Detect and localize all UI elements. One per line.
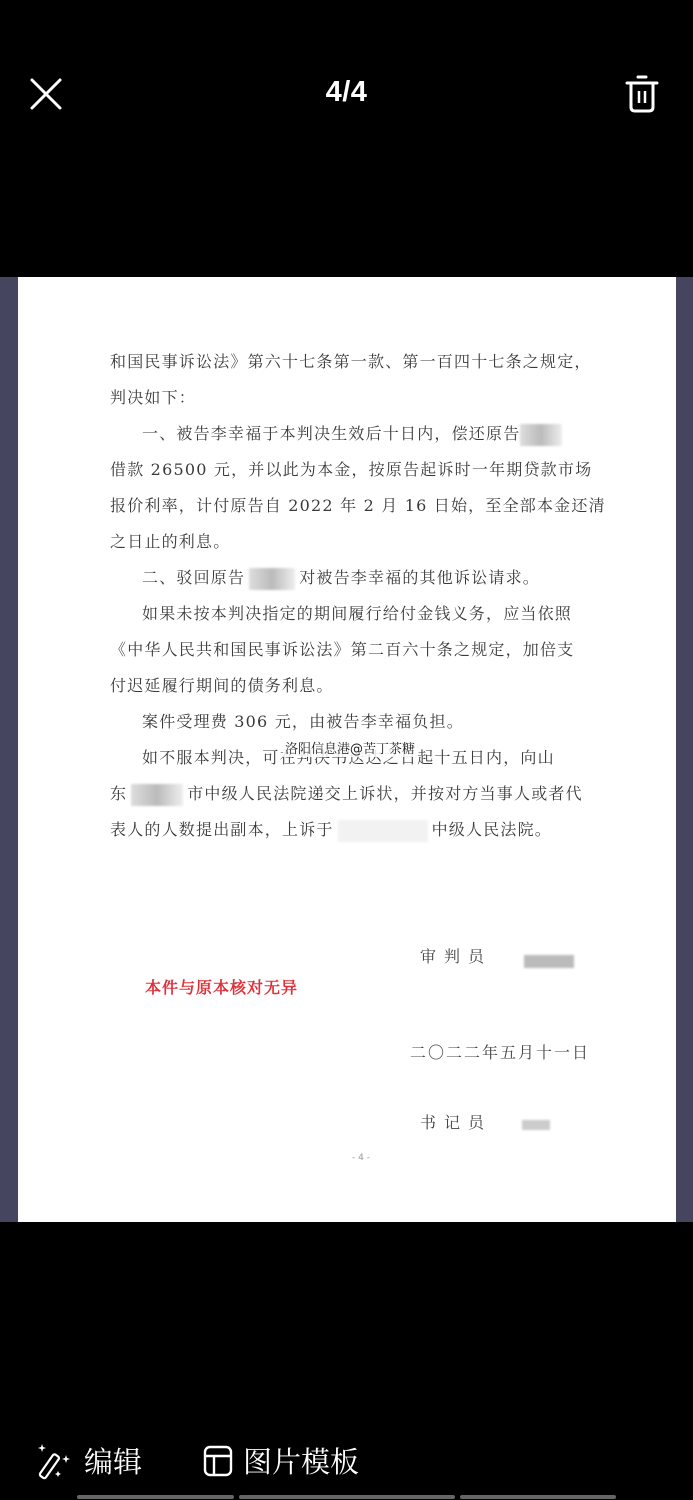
doc-line: 和国民事诉讼法》第六十七条第一款、第一百四十七条之规定， — [110, 347, 645, 383]
judge-label: 审判员 — [420, 944, 492, 967]
redacted-court — [338, 820, 428, 842]
image-viewer[interactable]: 和国民事诉讼法》第六十七条第一款、第一百四十七条之规定， 判决如下： 一、被告李… — [0, 277, 693, 1222]
certified-stamp: 本件与原本核对无异 — [145, 975, 298, 998]
redacted-name — [520, 424, 562, 446]
edit-label: 编辑 — [84, 1440, 142, 1481]
progress-segment — [77, 1495, 234, 1499]
doc-line: 表人的人数提出副本，上诉于中级人民法院。 — [110, 815, 645, 851]
template-label: 图片模板 — [243, 1440, 359, 1481]
doc-line: 报价利率，计付原告自 2022 年 2 月 16 日始，至全部本金还清 — [110, 491, 645, 527]
top-bar: 4/4 — [0, 0, 693, 277]
judgment-date: 二〇二二年五月十一日 — [410, 1040, 590, 1063]
progress-segment — [239, 1495, 455, 1499]
redacted-judge — [524, 955, 574, 968]
page-indicator: 4/4 — [0, 76, 693, 109]
doc-line: 之日止的利息。 — [110, 527, 645, 563]
doc-line: 二、驳回原告对被告李幸福的其他诉讼请求。 — [110, 563, 645, 599]
page-number: - 4 - — [352, 1153, 370, 1163]
template-layout-icon — [203, 1445, 233, 1477]
doc-line: 东市中级人民法院递交上诉状，并按对方当事人或者代 — [110, 779, 645, 815]
clerk-label: 书记员 — [420, 1110, 492, 1133]
doc-line: 付迟延履行期间的债务利息。 — [110, 671, 645, 707]
magic-wand-icon — [36, 1441, 74, 1481]
doc-line: 《中华人民共和国民事诉讼法》第二百六十条之规定，加倍支 — [110, 635, 645, 671]
progress-segment — [460, 1495, 616, 1499]
redacted-name — [249, 568, 295, 590]
doc-line: 判决如下： — [110, 383, 645, 419]
delete-button[interactable] — [624, 74, 660, 114]
doc-line: 一、被告李幸福于本判决生效后十日内，偿还原告 — [110, 419, 645, 455]
document-body: 和国民事诉讼法》第六十七条第一款、第一百四十七条之规定， 判决如下： 一、被告李… — [110, 347, 645, 851]
edit-button[interactable]: 编辑 — [36, 1440, 142, 1481]
trash-icon — [624, 74, 660, 114]
doc-line: 借款 26500 元，并以此为本金，按原告起诉时一年期贷款市场 — [110, 455, 645, 491]
doc-line: 如果未按本判决指定的期间履行给付金钱义务，应当依照 — [110, 599, 645, 635]
watermark: 洛阳信息港@苦丁茶糖 — [283, 738, 417, 757]
redacted-city — [131, 784, 183, 806]
image-template-button[interactable]: 图片模板 — [203, 1440, 359, 1481]
redacted-clerk — [522, 1120, 550, 1130]
